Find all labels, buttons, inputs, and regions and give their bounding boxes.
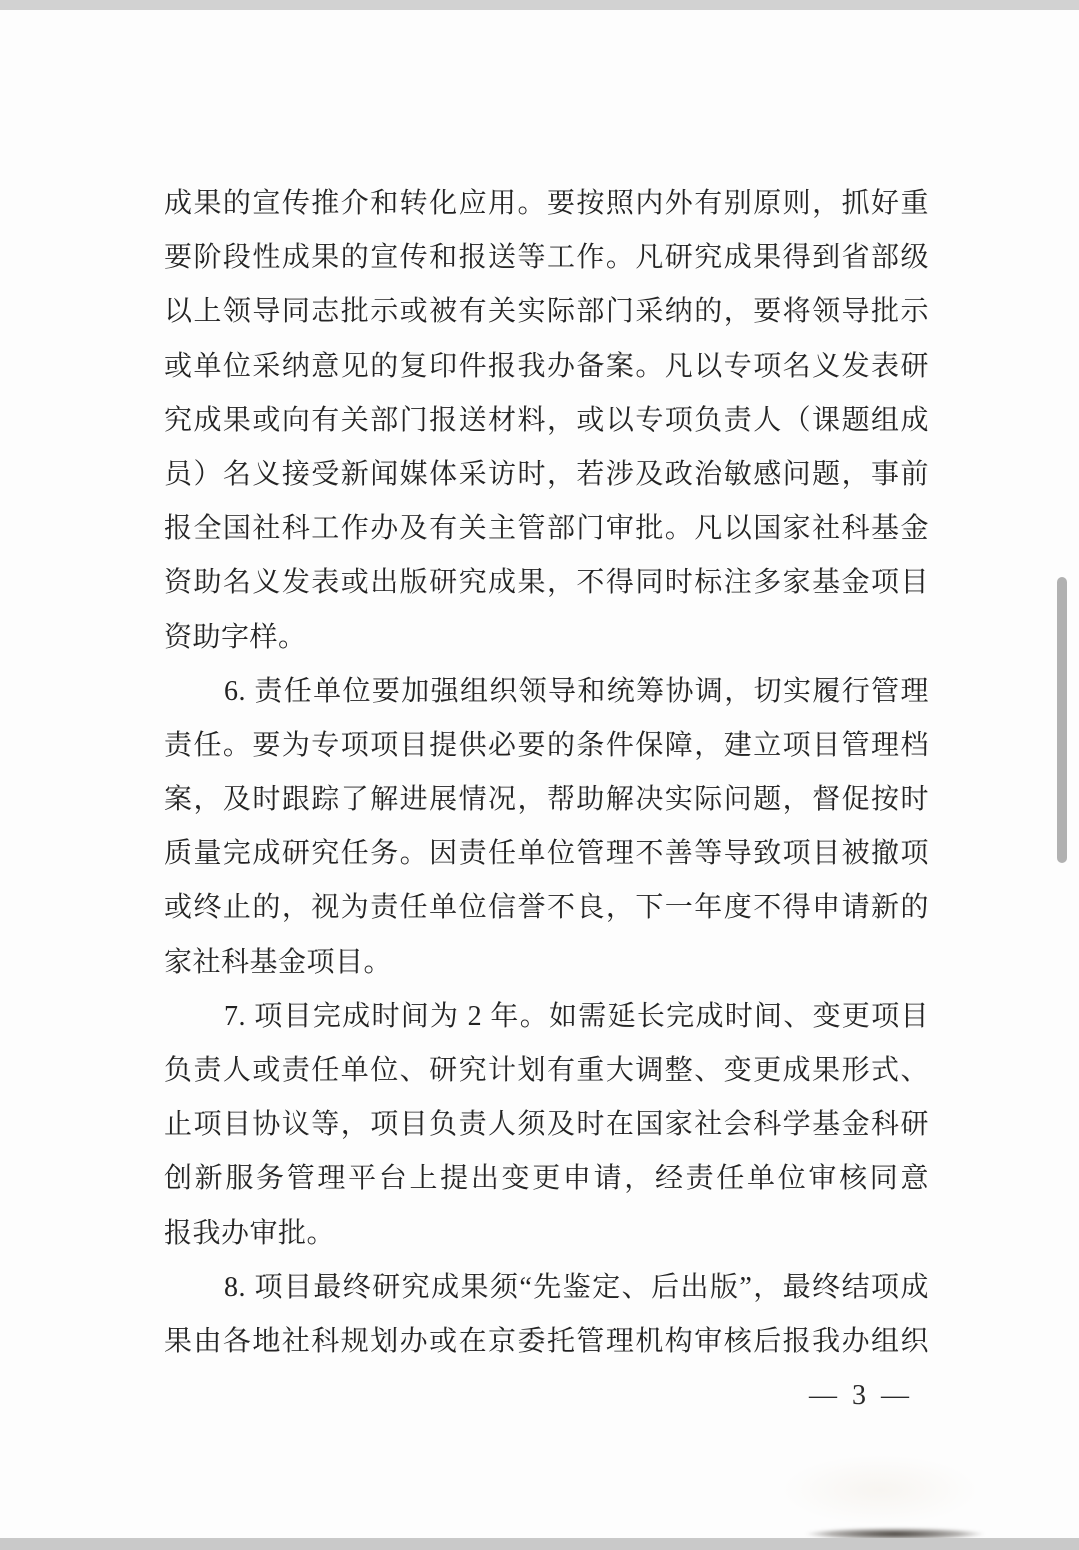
text-line: 资助字样。	[164, 611, 929, 665]
text-line: 创新服务管理平台上提出变更申请，经责任单位审核同意后，	[164, 1152, 929, 1206]
text-line: 负责人或责任单位、研究计划有重大调整、变更成果形式、终	[164, 1044, 929, 1098]
text-line: 资助名义发表或出版研究成果，不得同时标注多家基金项目	[164, 556, 929, 610]
text-line: 成果的宣传推介和转化应用。要按照内外有别原则，抓好重	[164, 177, 929, 231]
photo-bottom-edge	[0, 1538, 1079, 1550]
text-line: 案，及时跟踪了解进展情况，帮助解决实际问题，督促按时高	[164, 773, 929, 827]
text-line: 究成果或向有关部门报送材料，或以专项负责人（课题组成	[164, 394, 929, 448]
scrollbar-thumb[interactable]	[1057, 577, 1067, 863]
document-lines: 成果的宣传推介和转化应用。要按照内外有别原则，抓好重要阶段性成果的宣传和报送等工…	[164, 177, 929, 1423]
document-page: 成果的宣传推介和转化应用。要按照内外有别原则，抓好重要阶段性成果的宣传和报送等工…	[0, 10, 1079, 1538]
page-number: — 3 —	[164, 1369, 929, 1423]
text-line: 员）名义接受新闻媒体采访时，若涉及政治敏感问题，事前须	[164, 448, 929, 502]
text-line: 或终止的，视为责任单位信誉不良，下一年度不得申请新的国	[164, 881, 929, 935]
text-line: 要阶段性成果的宣传和报送等工作。凡研究成果得到省部级	[164, 231, 929, 285]
text-line: 以上领导同志批示或被有关实际部门采纳的，要将领导批示	[164, 285, 929, 339]
text-line: 责任。要为专项项目提供必要的条件保障，建立项目管理档	[164, 719, 929, 773]
text-line: 或单位采纳意见的复印件报我办备案。凡以专项名义发表研	[164, 340, 929, 394]
text-line: 止项目协议等，项目负责人须及时在国家社会科学基金科研	[164, 1098, 929, 1152]
photo-top-edge	[0, 0, 1079, 10]
text-line: 质量完成研究任务。因责任单位管理不善等导致项目被撤项	[164, 827, 929, 881]
text-line: 7. 项目完成时间为 2 年。如需延长完成时间、变更项目	[164, 990, 929, 1044]
text-line: 家社科基金项目。	[164, 936, 929, 990]
text-line: 果由各地社科规划办或在京委托管理机构审核后报我办组织	[164, 1315, 929, 1369]
text-line: 8. 项目最终研究成果须“先鉴定、后出版”，最终结项成	[164, 1261, 929, 1315]
text-line: 6. 责任单位要加强组织领导和统筹协调，切实履行管理	[164, 665, 929, 719]
text-line: 报全国社科工作办及有关主管部门审批。凡以国家社科基金	[164, 502, 929, 556]
text-line: 报我办审批。	[164, 1207, 929, 1261]
